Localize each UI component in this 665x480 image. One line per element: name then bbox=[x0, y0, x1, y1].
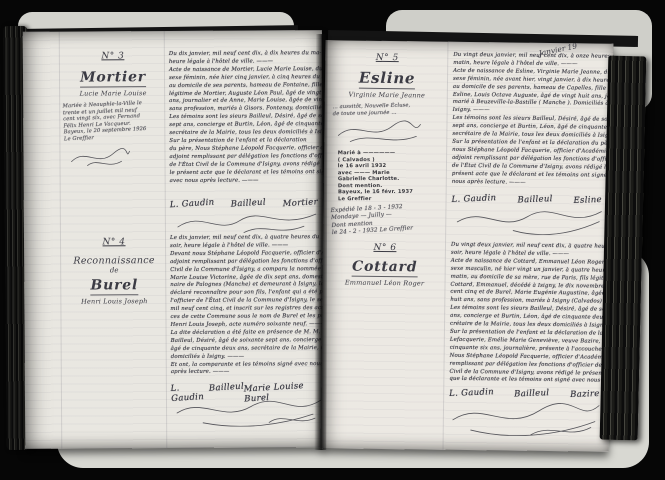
act3-subname: Lucie Marie Louise bbox=[63, 89, 163, 98]
act4-subname: Henri Louis Joseph bbox=[60, 297, 168, 306]
act3-name: Mortier bbox=[80, 69, 146, 87]
manuscript-line: le présent acte que le déclarant et les … bbox=[170, 169, 320, 178]
expedition-notes: Expédié le 18 - 3 - 1932Mondaye — Juilly… bbox=[331, 202, 441, 238]
act5-marginal-mention: … aussitôt, Nouvelle Écluse,de toute une… bbox=[333, 102, 441, 118]
act3-body-text: Du dix janvier, mil neuf cent dix, à dix… bbox=[169, 50, 320, 185]
act4-number: N° 4 bbox=[60, 237, 168, 248]
act6-subname: Emmanuel Léon Roger bbox=[330, 278, 438, 287]
manuscript-line: au domicile de ses parents, hameau de Fo… bbox=[169, 82, 319, 91]
act5-body-text: Du vingt deux janvier, mil neuf cent dix… bbox=[452, 52, 606, 188]
act4-de: de bbox=[60, 266, 168, 275]
act6-name: Cottard bbox=[352, 259, 417, 278]
act4-title: Reconnaissance bbox=[60, 255, 168, 267]
marriage-mention-stamp: Marié à ——————( Calvados )le 16 avril 19… bbox=[332, 150, 440, 203]
manuscript-line: âgé de cinquante deux ans, secrétaire de… bbox=[171, 345, 321, 354]
margin-signature-flourish bbox=[63, 143, 163, 170]
register-left-page: N° 3 Mortier Lucie Marie Louise Mariée à… bbox=[23, 30, 325, 449]
act4-margin-column: N° 4 Reconnaissance de Burel Henri Louis… bbox=[60, 237, 168, 306]
stamp-line: Le Greffier bbox=[338, 195, 440, 202]
book-gutter-shadow bbox=[314, 34, 327, 450]
act3-number: N° 3 bbox=[63, 51, 163, 62]
act3-margin-column: N° 3 Mortier Lucie Marie Louise Mariée à… bbox=[63, 51, 164, 169]
act4-signature-flourish bbox=[173, 392, 324, 427]
act6-body-text: Du vingt deux janvier, mil neuf cent dix… bbox=[449, 242, 603, 386]
act3-marginal-mention: Mariée à Neauphle-la-Ville letrente et u… bbox=[63, 99, 165, 143]
margin-rule-line bbox=[443, 42, 449, 450]
manuscript-line: que la déclarante et les témoins ont sig… bbox=[449, 376, 601, 386]
act4-body-text: Le dix janvier, mil neuf cent dix, à qua… bbox=[170, 234, 321, 377]
act6-number: N° 6 bbox=[331, 242, 439, 253]
act4-name: Burel bbox=[90, 277, 138, 295]
act5-margin-column: N° 5 Esline Virginie Marie Jeanne … auss… bbox=[331, 52, 441, 235]
manuscript-line: avec nous après lecture. ——— bbox=[170, 177, 320, 186]
act6-signature-flourish bbox=[447, 396, 604, 442]
manuscript-line: après lecture. ——— bbox=[171, 369, 321, 378]
manuscript-line: Civil de la Commune d'Isigny, a comparu … bbox=[170, 266, 320, 275]
act6-margin-column: N° 6 Cottard Emmanuel Léon Roger bbox=[330, 242, 439, 287]
act3-signature-flourish bbox=[174, 208, 324, 235]
register-right-page: Janvier 19 N° 5 Esline Virginie Marie Je… bbox=[321, 40, 614, 451]
act5-signature-flourish bbox=[453, 204, 605, 236]
act5-number: N° 5 bbox=[333, 52, 441, 63]
margin-signature-flourish bbox=[332, 116, 440, 147]
act5-subname: Virginie Marie Jeanne bbox=[333, 90, 441, 99]
act5-name: Esline bbox=[359, 69, 416, 90]
scanned-register-photo: { "corner_annotation": "Janvier 19", "le… bbox=[0, 0, 665, 480]
